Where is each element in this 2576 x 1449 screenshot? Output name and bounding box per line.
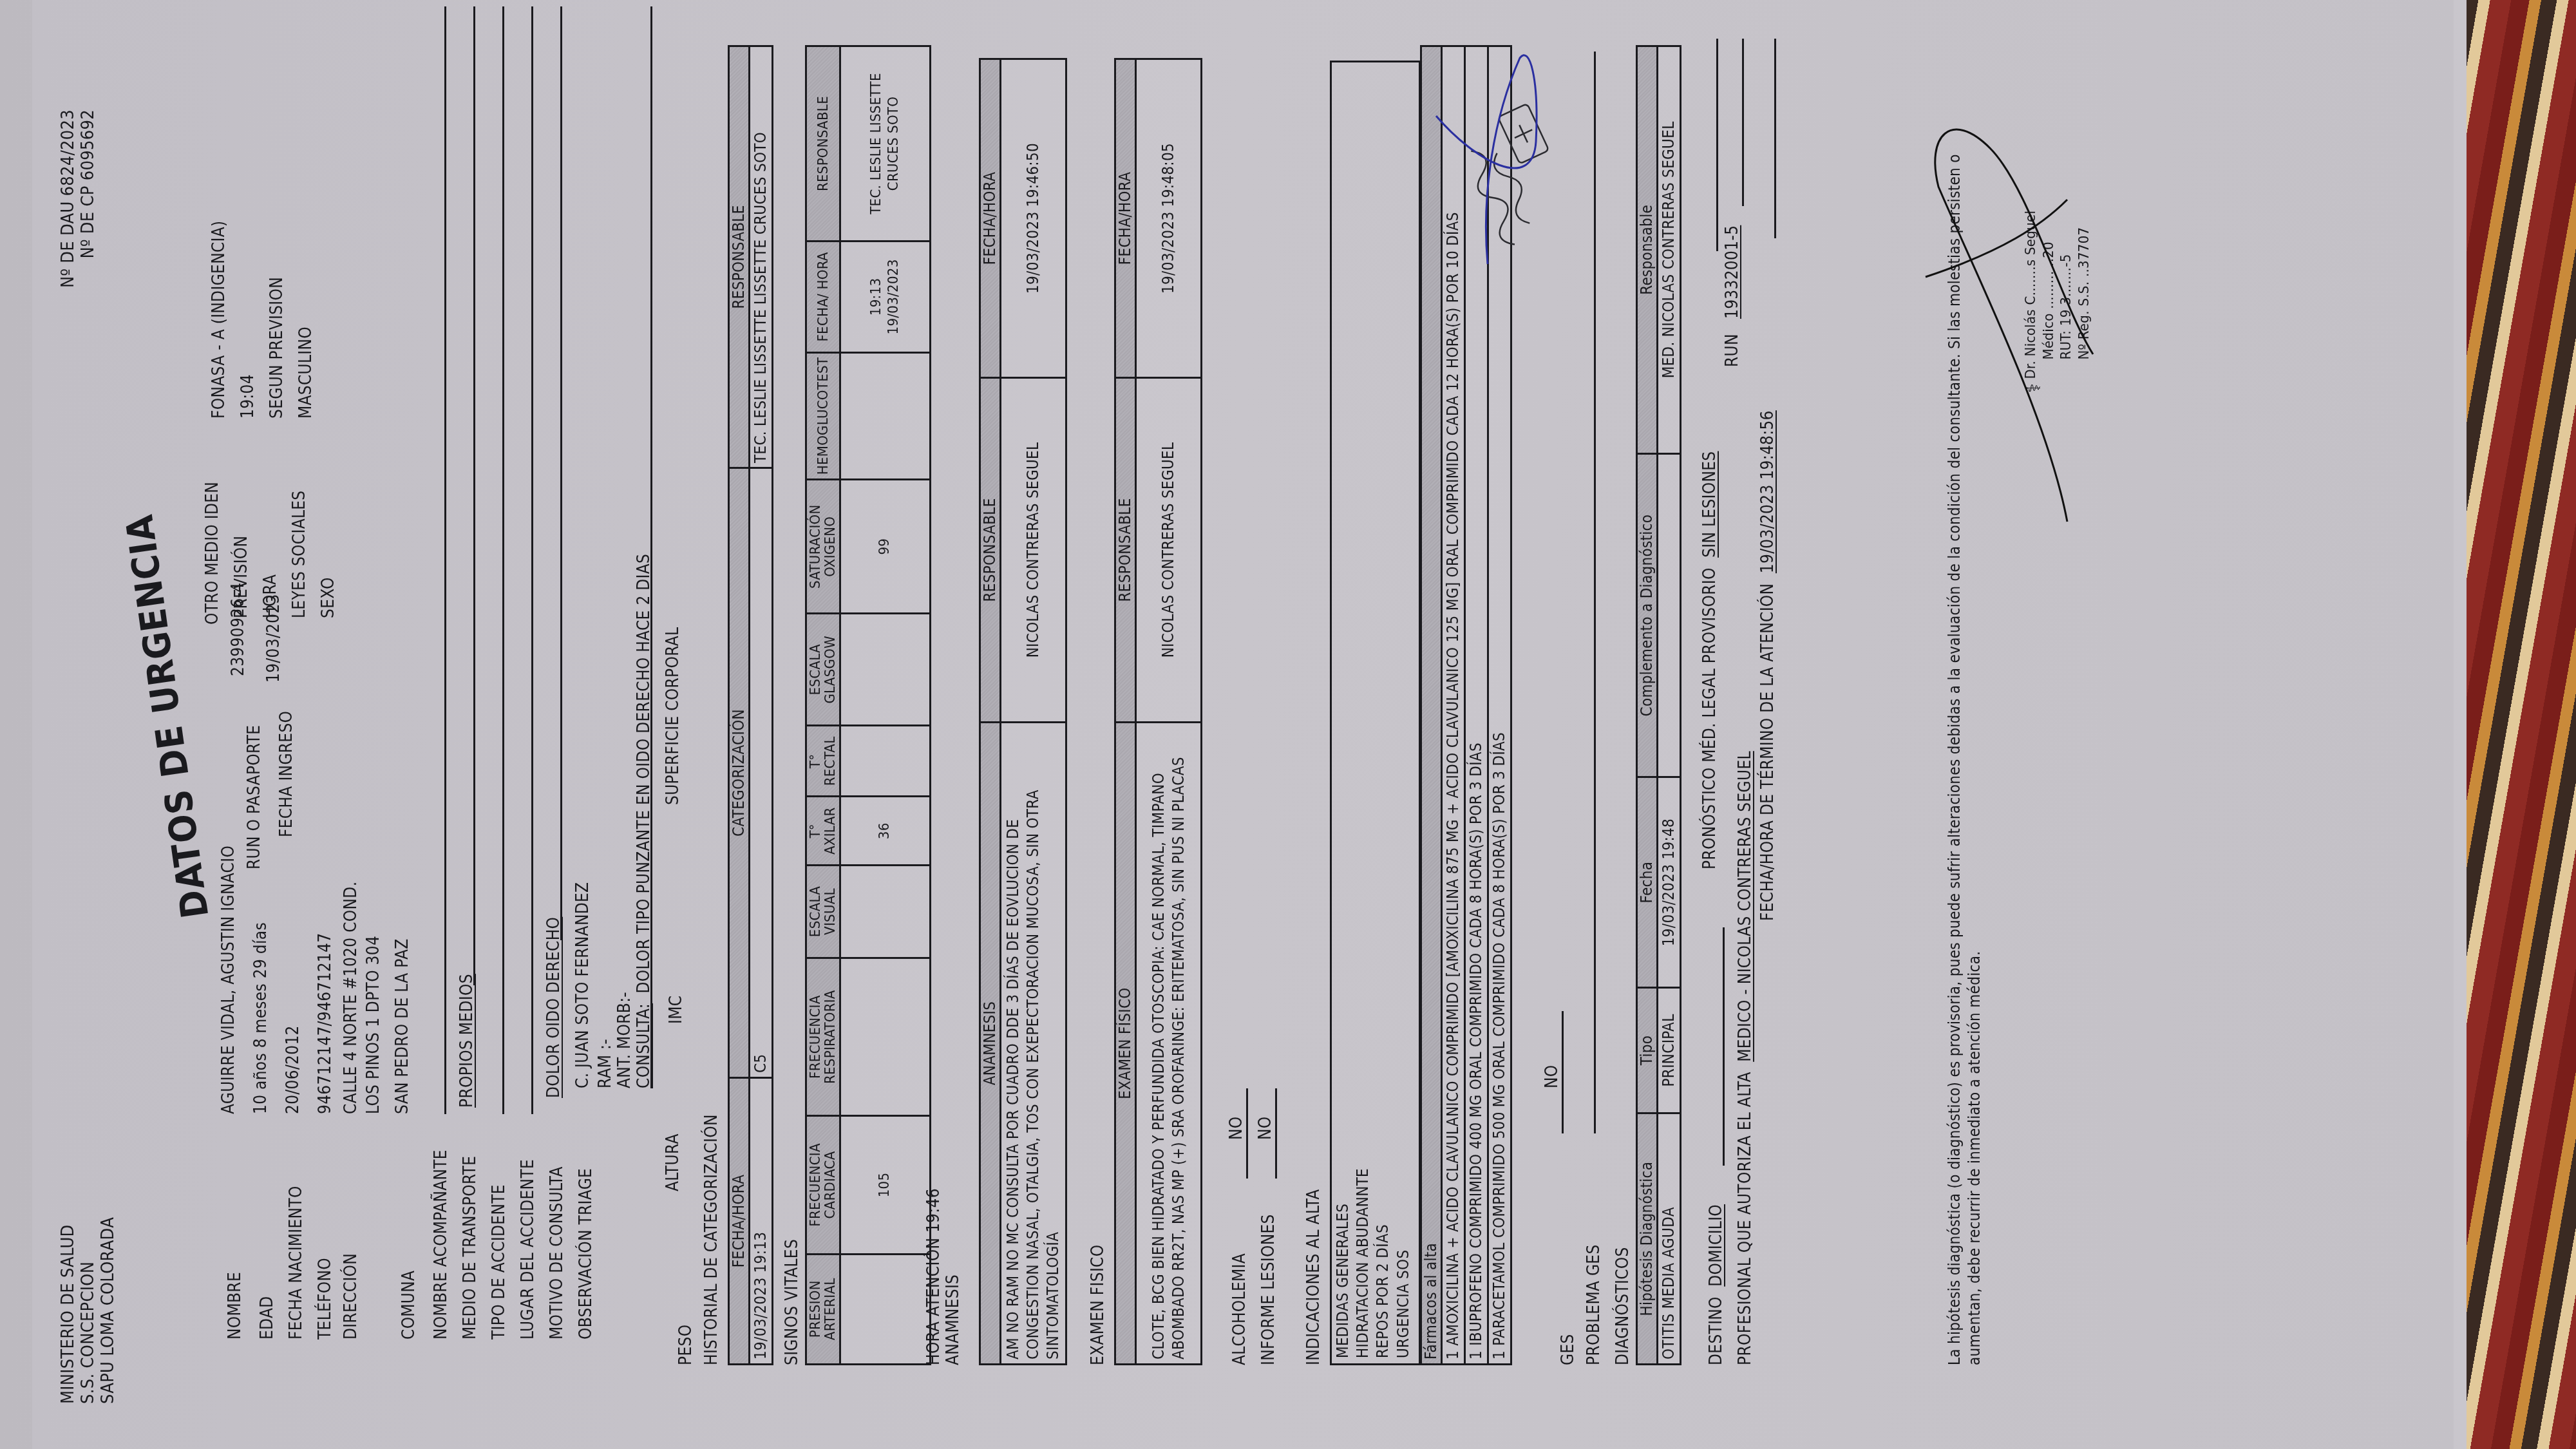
consulta-line — [650, 6, 652, 1088]
transporte-value: PROPIOS MEDIOS — [457, 974, 477, 1108]
patient-address-2: LOS PINOS 1 DPTO 304 — [364, 936, 384, 1114]
cat-header-responsable: RESPONSABLE — [729, 46, 750, 468]
termino-value: 19/03/2023 19:48:56 — [1758, 410, 1777, 573]
cat-header-categorizacion: CATEGORIZACIÓN — [729, 468, 750, 1078]
observacion-line-1: C. JUAN SOTO FERNANDEZ — [573, 882, 593, 1088]
profesional-value: MEDICO - NICOLAS CONTRERAS SEGUEL — [1736, 751, 1755, 1062]
observacion-line-3: ANT. MORB:- — [615, 992, 635, 1088]
vs-cell — [840, 1254, 931, 1364]
vs-header: T° RECTAL — [806, 726, 840, 797]
hora-atencion-label: HORA ATENCIÓN — [924, 1238, 943, 1365]
destino-value: DOMICILIO — [1707, 1204, 1726, 1287]
pronostico-line — [1716, 39, 1718, 251]
otro-medio-label: OTRO MEDIO IDEN — [203, 482, 223, 625]
org-sapu: SAPU LOMA COLORADA — [98, 1217, 118, 1404]
dx-cell — [1658, 453, 1681, 777]
dx-header: Hipótesis Diagnóstica — [1637, 1113, 1658, 1365]
termino-label: FECHA/HORA DE TÉRMINO DE LA ATENCIÓN — [1758, 583, 1777, 921]
acompanante-line — [444, 6, 446, 1114]
problema-ges-line — [1594, 52, 1596, 1133]
indicaciones-box: MEDIDAS GENERALES HIDRATACION ABUDANNTE … — [1330, 61, 1421, 1365]
vs-header: FECHA/ HORA — [806, 241, 840, 353]
cat-header-fecha: FECHA/HORA — [729, 1078, 750, 1365]
cat-category: C5 — [750, 468, 773, 1078]
informe-lesiones-value: NO — [1256, 1116, 1276, 1140]
superficie-label: SUPERFICIE CORPORAL — [663, 627, 683, 805]
cat-fecha: 19/03/2023 19:13 — [750, 1078, 773, 1365]
dx-header: Complemento a Diagnóstico — [1637, 453, 1658, 777]
org-ministry: MINISTERIO DE SALUD — [58, 1217, 78, 1404]
run-prof-label: RUN — [1723, 334, 1742, 367]
patient-birthdate: 20/06/2012 — [283, 1025, 303, 1114]
anamnesis-table: ANAMNESIS RESPONSABLE FECHA/HORA AM NO R… — [979, 58, 1067, 1365]
indicacion-2: HIDRATACION ABUDANNTE — [1353, 68, 1373, 1358]
alcoholemia-line — [1246, 1088, 1248, 1179]
prevision-label: PREVISIÓN — [232, 536, 252, 618]
hora-label: HORA — [261, 574, 281, 618]
vs-cell: 19:13 19/03/2023 — [840, 241, 931, 353]
acompanante-label: NOMBRE ACOMPAÑANTE — [431, 1150, 451, 1340]
org-service: S.S. CONCEPCION — [78, 1217, 98, 1404]
lugar-accidente-line — [531, 6, 533, 1114]
dx-header: Responsable — [1637, 46, 1658, 454]
signos-section-label: SIGNOS VITALES — [782, 1239, 802, 1365]
patient-prevision: FONASA - A (INDIGENCIA) — [209, 221, 229, 419]
anamnesis-section-label: ANAMNESIS — [943, 1274, 963, 1365]
anamnesis-fecha-header: FECHA/HORA — [980, 59, 1001, 378]
run-prof-value: 19332001-5 — [1723, 225, 1742, 319]
examen-responsable-header: RESPONSABLE — [1115, 378, 1136, 723]
observacion-line-2: RAM :- — [596, 1039, 616, 1088]
vs-header: FRECUENCIA RESPIRATORIA — [806, 958, 840, 1116]
termino-line — [1774, 39, 1776, 238]
table-row: 19/03/2023 19:13 C5 TEC. LESLIE LISSETTE… — [750, 46, 773, 1365]
telefono-label: TELÉFONO — [316, 1258, 336, 1340]
pronostico-label: PRONÓSTICO MÉD. LEGAL PROVISORIO — [1700, 567, 1719, 869]
motivo-value: DOLOR OIDO DERECHO — [544, 917, 564, 1098]
dx-cell: PRINCIPAL — [1658, 987, 1681, 1113]
table-row: 105369919:13 19/03/2023TEC. LESLIE LISSE… — [840, 46, 931, 1365]
cp-label: Nº DE CP — [78, 185, 98, 258]
dx-cell: OTITIS MEDIA AGUDA — [1658, 1113, 1681, 1365]
pronostico-value: SIN LESIONES — [1700, 451, 1719, 557]
dx-cell: 19/03/2023 19:48 — [1658, 777, 1681, 987]
vs-cell: 36 — [840, 797, 931, 866]
lugar-accidente-label: LUGAR DEL ACCIDENTE — [518, 1159, 538, 1340]
vs-header: SATURACIÓN OXIGENO — [806, 480, 840, 614]
cp-number: 6095692 — [78, 109, 98, 180]
problema-ges-label: PROBLEMA GES — [1584, 1244, 1604, 1365]
patient-age: 10 años 8 meses 29 días — [251, 922, 271, 1114]
destino-line — [1723, 927, 1725, 1166]
doctor-signature — [1900, 97, 2106, 547]
vs-cell — [840, 958, 931, 1116]
dau-number: 6824/2023 — [58, 109, 78, 196]
examen-responsable: NICOLAS CONTRERAS SEGUEL — [1136, 378, 1202, 723]
table-row: OTITIS MEDIA AGUDAPRINCIPAL19/03/2023 19… — [1658, 46, 1681, 1365]
emergency-record-sheet: MINISTERIO DE SALUD S.S. CONCEPCION SAPU… — [32, 0, 2454, 1449]
vs-header: ESCALA VISUAL — [806, 866, 840, 958]
altura-label: ALTURA — [663, 1133, 683, 1191]
ges-line — [1562, 1011, 1564, 1133]
patient-leyes: SEGUN PREVISION — [267, 277, 287, 419]
motivo-label: MOTIVO DE CONSULTA — [547, 1166, 567, 1340]
peso-label: PESO — [676, 1325, 696, 1365]
imc-label: IMC — [667, 996, 687, 1024]
vs-cell — [840, 866, 931, 958]
ges-label: GES — [1558, 1334, 1578, 1365]
patient-sex: MASCULINO — [296, 327, 316, 419]
tipo-accidente-line — [502, 6, 504, 1114]
anamnesis-responsable-header: RESPONSABLE — [980, 378, 1001, 723]
sexo-label: SEXO — [319, 577, 339, 618]
vs-cell: 105 — [840, 1116, 931, 1254]
categorization-table: FECHA/HORA CATEGORIZACIÓN RESPONSABLE 19… — [728, 45, 773, 1365]
vs-cell: 99 — [840, 480, 931, 614]
patient-comuna: SAN PEDRO DE LA PAZ — [393, 938, 413, 1114]
run-prof-line — [1742, 39, 1744, 206]
informe-lesiones-line — [1275, 1088, 1277, 1179]
ges-value: NO — [1542, 1065, 1562, 1088]
anamnesis-fecha: 19/03/2023 19:46:50 — [1001, 59, 1066, 378]
transporte-label: MEDIO DE TRANSPORTE — [460, 1156, 480, 1340]
indicacion-1: MEDIDAS GENERALES — [1333, 68, 1353, 1358]
direccion-label: DIRECCIÓN — [341, 1253, 361, 1340]
examen-section-label: EXAMEN FISICO — [1088, 1245, 1108, 1365]
fecha-ingreso-label: FECHA INGRESO — [277, 711, 297, 837]
vs-cell — [840, 614, 931, 726]
examen-fecha-header: FECHA/HORA — [1115, 59, 1136, 378]
profesional-label: PROFESIONAL QUE AUTORIZA EL ALTA — [1736, 1072, 1755, 1365]
vs-header: RESPONSABLE — [806, 46, 840, 241]
leyes-label: LEYES SOCIALES — [290, 491, 310, 619]
cat-responsable: TEC. LESLIE LISSETTE LISSETTE CRUCES SOT… — [750, 46, 773, 468]
examen-text: CLOTE, BCG BIEN HIDRATADO Y PERFUNDIDA O… — [1136, 723, 1202, 1365]
vs-cell — [840, 352, 931, 479]
comuna-label: COMUNA — [399, 1271, 419, 1340]
edad-label: EDAD — [258, 1296, 278, 1340]
informe-lesiones-label: INFORME LESIONES — [1259, 1214, 1279, 1365]
vs-header: FRECUENCIA CARDIACA — [806, 1116, 840, 1254]
handwritten-pharmacy-note — [1417, 39, 1571, 270]
indicaciones-section-label: INDICACIONES AL ALTA — [1304, 1189, 1324, 1365]
vs-cell — [840, 726, 931, 797]
anamnesis-text: AM NO RAM NO MC CONSULTA POR CUADRO DDE … — [1001, 723, 1066, 1365]
vs-header: ESCALA GLASGOW — [806, 614, 840, 726]
patient-address-1: CALLE 4 NORTE #1020 COND. — [341, 882, 361, 1114]
diagnosticos-table: Hipótesis DiagnósticaTipoFechaComplement… — [1636, 45, 1681, 1365]
examen-header: EXAMEN FÍSICO — [1115, 723, 1136, 1365]
vital-signs-table: PRESION ARTERIALFRECUENCIA CARDIACAFRECU… — [805, 45, 931, 1365]
vs-cell: TEC. LESLIE LISSETTE CRUCES SOTO — [840, 46, 931, 241]
table-row: AM NO RAM NO MC CONSULTA POR CUADRO DDE … — [1001, 59, 1066, 1365]
dx-header: Fecha — [1637, 777, 1658, 987]
dau-label: Nº DE DAU — [58, 202, 78, 288]
hora-atencion-value: 19:46 — [924, 1188, 943, 1233]
motivo-line — [560, 6, 562, 940]
patient-phone: 946712147/946712147 — [316, 933, 336, 1114]
examen-fisico-table: EXAMEN FÍSICO RESPONSABLE FECHA/HORA CLO… — [1114, 58, 1202, 1365]
alcoholemia-label: ALCOHOLEMIA — [1230, 1253, 1250, 1365]
observacion-label: OBSERVACIÓN TRIAGE — [576, 1168, 596, 1340]
fecha-nacimiento-label: FECHA NACIMIENTO — [287, 1186, 307, 1340]
run-label: RUN O PASAPORTE — [245, 725, 265, 869]
examen-fecha: 19/03/2023 19:48:05 — [1136, 59, 1202, 378]
table-row: CLOTE, BCG BIEN HIDRATADO Y PERFUNDIDA O… — [1136, 59, 1202, 1365]
destino-label: DESTINO — [1707, 1296, 1726, 1365]
vs-header: T° AXILAR — [806, 797, 840, 866]
admission-time: 19:04 — [238, 374, 258, 419]
transporte-line — [473, 6, 475, 985]
document-numbers: Nº DE DAU 6824/2023 Nº DE CP 6095692 — [58, 109, 98, 288]
vs-header: PRESION ARTERIAL — [806, 1254, 840, 1364]
dx-cell: MED. NICOLAS CONTRERAS SEGUEL — [1658, 46, 1681, 454]
nombre-label: NOMBRE — [225, 1272, 245, 1340]
indicacion-4: URGENCIA SOS — [1394, 68, 1414, 1358]
diagnosticos-section-label: DIAGNÓSTICOS — [1613, 1247, 1633, 1365]
vs-header: HEMOGLUCOTEST — [806, 352, 840, 479]
categorizacion-section-label: HISTORIAL DE CATEGORIZACIÓN — [702, 1114, 722, 1365]
anamnesis-header: ANAMNESIS — [980, 723, 1001, 1365]
dx-header: Tipo — [1637, 987, 1658, 1113]
tipo-accidente-label: TIPO DE ACCIDENTE — [489, 1184, 509, 1340]
organization-header: MINISTERIO DE SALUD S.S. CONCEPCION SAPU… — [58, 1217, 118, 1404]
patient-name: AGUIRRE VIDAL, AGUSTIN IGNACIO — [219, 846, 239, 1114]
indicacion-3: REPOS POR 2 DÍAS — [1373, 68, 1393, 1358]
anamnesis-responsable: NICOLAS CONTRERAS SEGUEL — [1001, 378, 1066, 723]
alcoholemia-value: NO — [1227, 1116, 1247, 1140]
